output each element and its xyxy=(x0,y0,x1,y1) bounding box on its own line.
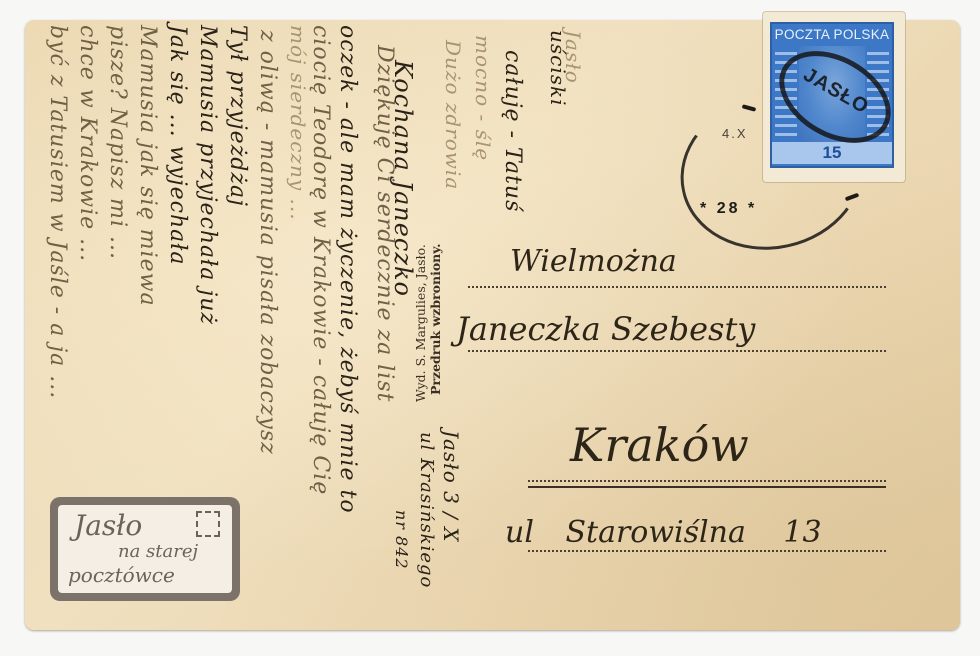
message-line: pisze? Napisz mi ... xyxy=(105,25,130,260)
watermark-title: Jasło xyxy=(74,509,142,542)
address-number: 13 xyxy=(783,515,821,550)
sender-number: nr 842 xyxy=(392,510,411,570)
address-dotted-rule xyxy=(468,350,886,352)
address-line-1: Wielmożna xyxy=(510,244,677,279)
publisher-imprint-line1: Wyd. S. Margulies, Jasło. xyxy=(413,244,428,402)
message-line: mój sierdeczny ... xyxy=(286,25,310,221)
watermark-subtitle-2: pocztówce xyxy=(68,563,175,587)
address-underline xyxy=(528,486,886,488)
message-line: ciocię Teodorę w Krakowie - całuję Cię xyxy=(308,25,333,495)
stamp-country-label: POCZTA POLSKA xyxy=(772,27,892,42)
postmark-date: * 28 * xyxy=(700,200,757,218)
sender-street: ul Krasińskiego xyxy=(416,432,437,588)
message-line: oczek - ale mam życzenie, żebyś mnie to xyxy=(335,25,360,514)
address-dotted-rule xyxy=(528,550,886,552)
watermark-subtitle: na starej xyxy=(118,541,198,562)
watermark-stamp-icon xyxy=(196,511,220,537)
message-line: mocno - ślę xyxy=(471,35,495,161)
watermark-badge-inner: Jasło na starej pocztówce xyxy=(58,505,232,593)
address-line-4: ul Starowiślna 13 xyxy=(505,515,822,550)
address-street-prefix: ul xyxy=(505,515,534,550)
postmark-day: 28 xyxy=(717,200,741,217)
message-line: Jak się ... wyjechała xyxy=(165,25,190,266)
address-dotted-rule xyxy=(528,480,886,482)
message-line: Tył przyjeżdżaj xyxy=(225,25,250,207)
address-line-3: Kraków xyxy=(570,418,749,472)
postmark-small-text: 4.X xyxy=(722,126,748,141)
message-line: Mamusia jak się miewa xyxy=(135,25,160,307)
postmark-star-icon: * xyxy=(700,200,709,217)
address-line-2: Janeczka Szebesty xyxy=(456,310,755,348)
message-line: Mamusia przyjechała już xyxy=(195,25,220,325)
address-dotted-rule xyxy=(468,286,886,288)
message-line: uściski xyxy=(546,30,570,107)
message-line: Dużo zdrowia xyxy=(441,40,465,190)
message-line: z oliwą - mamusia pisała zobaczysz xyxy=(255,30,280,455)
message-line: całuję - Tatuś xyxy=(500,50,525,212)
message-line: Dziękuję Ci serdecznie za list xyxy=(372,45,397,402)
postmark-star-icon: * xyxy=(748,200,757,217)
watermark-badge: Jasło na starej pocztówce xyxy=(50,497,240,601)
message-line: być z Tatusiem w Jaśle - a ja ... xyxy=(45,25,70,399)
message-line: chce w Krakowie ... xyxy=(75,25,100,262)
address-street: Starowiślna xyxy=(565,515,745,550)
publisher-imprint-line2: Przedruk wzbroniony. xyxy=(428,244,443,395)
sender-place-date: Jasło 3 / X xyxy=(439,430,463,543)
